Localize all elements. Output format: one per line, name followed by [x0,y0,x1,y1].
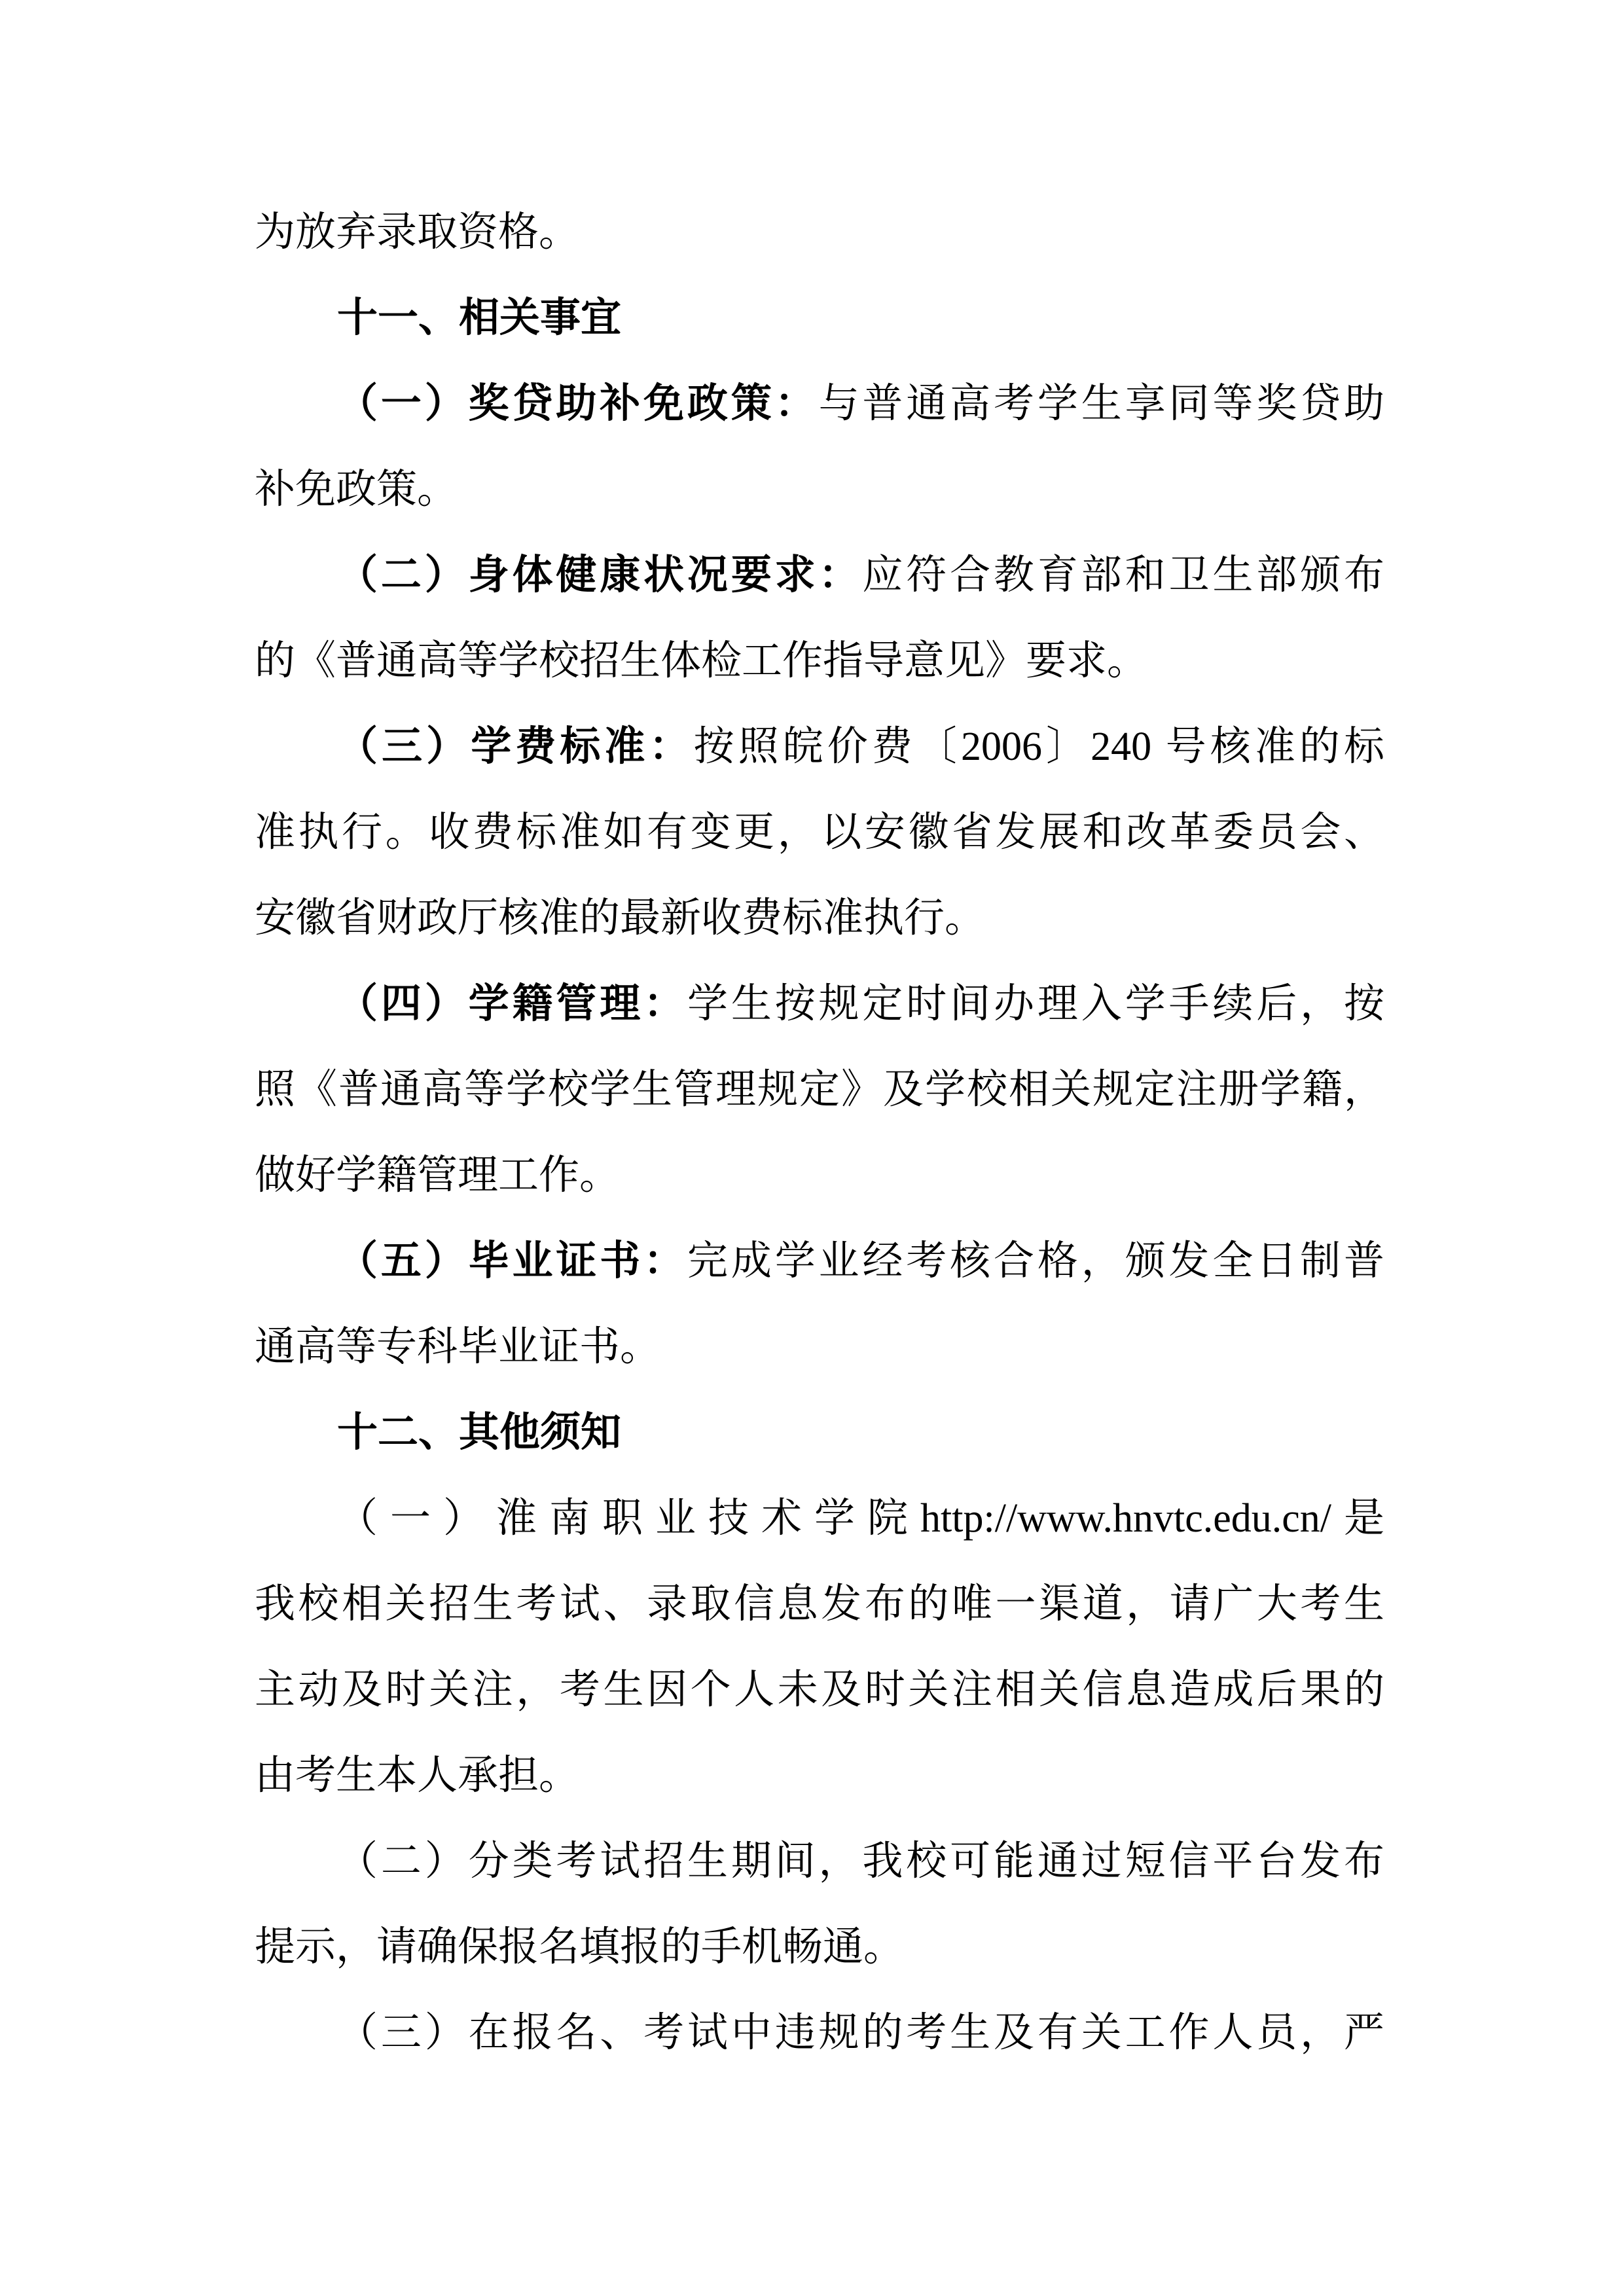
item-1-text: 与普通高考学生享同等奖贷助 [819,382,1384,426]
notice-1-website-line-1: （一）淮南职业技术学院http://www.hnvtc.edu.cn/是 [255,1476,1384,1562]
item-5-text: 完成学业经考核合格，颁发全日制普 [687,1239,1384,1283]
item-4-enrollment-line-1: （四）学籍管理：学生按规定时间办理入学手续后，按 [255,961,1384,1047]
item-3-text: 按照皖价费〔2006〕240 号核准的标 [694,725,1384,769]
paragraph-continuation-line: 为放弃录取资格。 [255,190,1384,276]
notice-1-website-line-2: 我校相关招生考试、录取信息发布的唯一渠道，请广大考生 [255,1562,1384,1647]
item-4-enrollment-line-3: 做好学籍管理工作。 [255,1133,1384,1219]
item-2-text: 应符合教育部和卫生部颁布 [862,553,1384,598]
item-5-diploma-line-1: （五）毕业证书：完成学业经考核合格，颁发全日制普 [255,1219,1384,1304]
item-2-health-line-1: （二）身体健康状况要求：应符合教育部和卫生部颁布 [255,533,1384,619]
notice-2-sms-line-1: （二）分类考试招生期间，我校可能通过短信平台发布 [255,1819,1384,1905]
notice-2-sms-line-2: 提示，请确保报名填报的手机畅通。 [255,1905,1384,1990]
item-1-policy-line-1: （一）奖贷助补免政策：与普通高考学生享同等奖贷助 [255,361,1384,447]
item-3-tuition-line-2: 准执行。收费标准如有变更，以安徽省发展和改革委员会、 [255,790,1384,876]
notice-3-violation-line-1: （三）在报名、考试中违规的考生及有关工作人员，严 [255,1990,1384,2076]
section-heading-11: 十一、相关事宜 [255,276,1384,361]
item-3-bold-label: （三）学费标准： [337,725,694,769]
item-5-bold-label: （五）毕业证书： [337,1239,687,1283]
item-5-diploma-line-2: 通高等专科毕业证书。 [255,1304,1384,1390]
item-1-policy-line-2: 补免政策。 [255,447,1384,533]
section-heading-12: 十二、其他须知 [255,1390,1384,1476]
document-page: 为放弃录取资格。 十一、相关事宜 （一）奖贷助补免政策：与普通高考学生享同等奖贷… [0,0,1624,2296]
item-3-tuition-line-1: （三）学费标准：按照皖价费〔2006〕240 号核准的标 [255,704,1384,790]
item-4-bold-label: （四）学籍管理： [337,982,687,1026]
item-2-health-line-2: 的《普通高等学校招生体检工作指导意见》要求。 [255,619,1384,704]
item-4-text: 学生按规定时间办理入学手续后，按 [687,982,1384,1026]
item-4-enrollment-line-2: 照《普通高等学校学生管理规定》及学校相关规定注册学籍， [255,1047,1384,1133]
document-content: 为放弃录取资格。 十一、相关事宜 （一）奖贷助补免政策：与普通高考学生享同等奖贷… [255,190,1384,2076]
item-2-bold-label: （二）身体健康状况要求： [337,553,862,598]
item-1-bold-label: （一）奖贷助补免政策： [337,382,819,426]
notice-1-website-line-4: 由考生本人承担。 [255,1733,1384,1819]
notice-1-website-line-3: 主动及时关注，考生因个人未及时关注相关信息造成后果的 [255,1647,1384,1733]
item-3-tuition-line-3: 安徽省财政厅核准的最新收费标准执行。 [255,876,1384,961]
